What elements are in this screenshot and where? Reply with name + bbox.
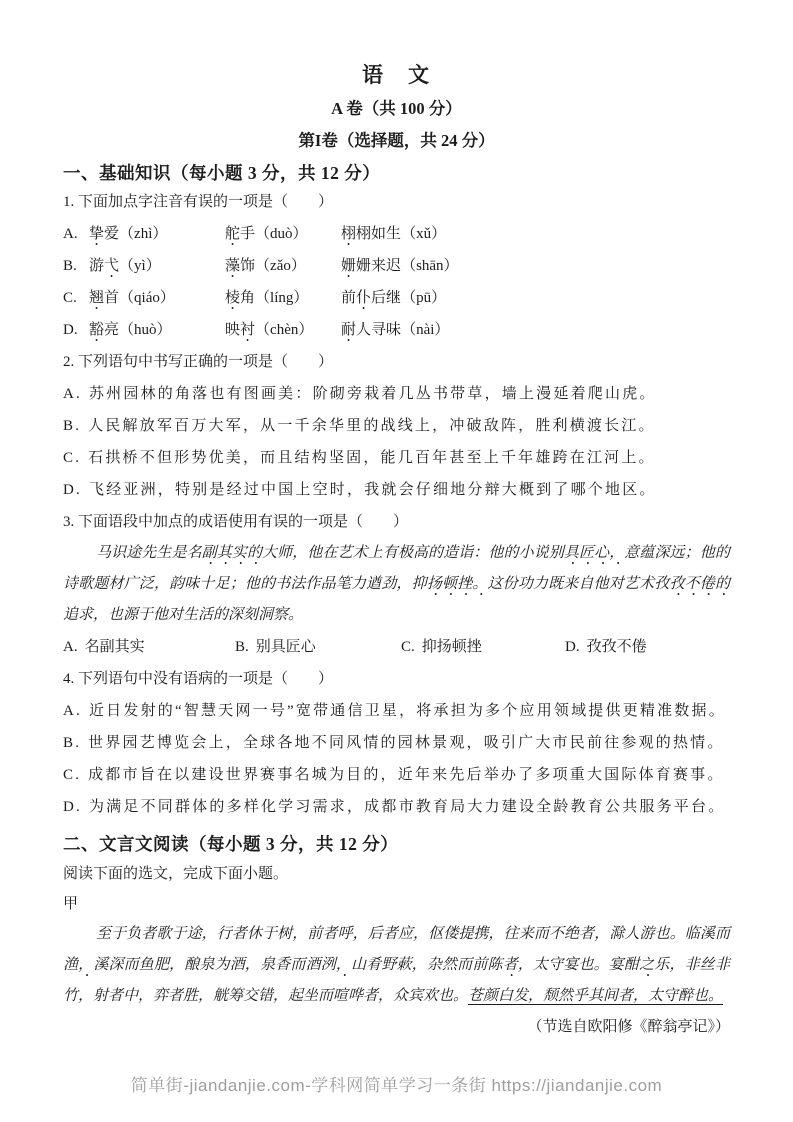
question-1: 1. 下面加点字注音有误的一项是（ ） A. 挚爱（zhì） 舵手（duò） 栩… [63,186,730,346]
option-label: A. [63,218,85,250]
option-row: D.飞经亚洲，特别是经过中国上空时，我就会仔细地分辩大概到了哪个地区。 [63,474,730,506]
option-row: C. 翘首（qiáo） 棱角（líng） 前仆后继（pū） [63,282,730,314]
page-title: 语 文 [63,62,730,88]
option-label: D. [63,799,82,815]
reading-intro: 阅读下面的选文，完成下面小题。 [63,859,730,889]
option-cell: D.孜孜不倦 [565,631,730,663]
option-row: A. 挚爱（zhì） 舵手（duò） 栩栩如生（xǔ） [63,218,730,250]
classical-reading: 阅读下面的选文，完成下面小题。 甲 至于负者歌于途，行者休于树，前者呼，后者应，… [63,859,730,1042]
option-label: A. [63,703,82,719]
option-term: 翘首（qiáo） [89,282,225,314]
option-text: 飞经亚洲，特别是经过中国上空时，我就会仔细地分辩大概到了哪个地区。 [89,482,657,498]
option-text: 孜孜不倦 [587,639,647,655]
part-heading: 第I卷（选择题，共 24 分） [63,130,730,152]
question-3: 3. 下面语段中加点的成语使用有误的一项是（ ） 马识途先生是名副其实的大师，他… [63,506,730,663]
section-classical-heading: 二、文言文阅读（每小题 3 分，共 12 分） [63,831,730,857]
option-label: B. [63,735,81,751]
question-4-stem: 4. 下列语句中没有语病的一项是（ ） [63,663,730,695]
option-label: C. [63,767,81,783]
option-label: B. [63,418,81,434]
option-text: 世界园艺博览会上，全球各地不同风情的园林景观，吸引广大市民前往参观的热情。 [88,735,724,751]
section-basics-heading: 一、基础知识（每小题 3 分，共 12 分） [63,160,730,186]
option-text: 别具匠心 [256,639,316,655]
question-3-stem: 3. 下面语段中加点的成语使用有误的一项是（ ） [63,506,730,538]
option-label: C. [401,639,415,655]
option-row: C.成都市旨在以建设世界赛事名城为目的，近年来先后举办了多项重大国际体育赛事。 [63,759,730,791]
option-text: 人民解放军百万大军，从一千余华里的战线上，冲破敌阵，胜利横渡长江。 [88,418,656,434]
option-row: B.世界园艺博览会上，全球各地不同风情的园林景观，吸引广大市民前往参观的热情。 [63,727,730,759]
option-cell: A.名副其实 [63,631,235,663]
option-row: B. 游弋（yì） 藻饰（zǎo） 姗姗来迟（shān） [63,250,730,282]
option-row: D.为满足不同群体的多样化学习需求，成都市教育局大力建设全龄教育公共服务平台。 [63,791,730,823]
idiom-passage: 马识途先生是名副其实的大师，他在艺术上有极高的造诣：他的小说别具匠心，意蕴深远；… [63,538,730,631]
option-row: A.苏州园林的角落也有图画美：阶砌旁栽着几丛书带草，墙上漫延着爬山虎。 [63,378,730,410]
option-term: 舵手（duò） [225,218,341,250]
option-text: 苏州园林的角落也有图画美：阶砌旁栽着几丛书带草，墙上漫延着爬山虎。 [89,386,657,402]
option-label: A. [63,386,82,402]
option-text: 抑扬顿挫 [422,639,482,655]
option-label: C. [63,282,85,314]
classical-passage: 至于负者歌于途，行者休于树，前者呼，后者应，伛偻提携，往来而不绝者，滁人游也。临… [63,919,730,1012]
exam-page: 语 文 A 卷（共 100 分） 第I卷（选择题，共 24 分） 一、基础知识（… [0,0,793,1122]
option-term: 豁亮（huò） [89,314,225,346]
option-label: D. [63,482,82,498]
option-label: A. [63,639,78,655]
option-text: 成都市旨在以建设世界赛事名城为目的，近年来先后举办了多项重大国际体育赛事。 [88,767,724,783]
option-term: 耐人寻味（nài） [341,314,730,346]
option-label: D. [63,314,85,346]
option-row: C.石拱桥不但形势优美，而且结构坚固，能几百年甚至上千年雄跨在江河上。 [63,442,730,474]
option-term: 藻饰（zǎo） [225,250,341,282]
question-4: 4. 下列语句中没有语病的一项是（ ） A.近日发射的“智慧天网一号”宽带通信卫… [63,663,730,823]
option-row: D. 豁亮（huò） 映衬（chèn） 耐人寻味（nài） [63,314,730,346]
option-text: 近日发射的“智慧天网一号”宽带通信卫星，将承担为多个应用领域提供更精准数据。 [89,703,726,719]
option-term: 棱角（líng） [225,282,341,314]
volume-heading: A 卷（共 100 分） [63,98,730,120]
question-2: 2. 下列语句中书写正确的一项是（ ） A.苏州园林的角落也有图画美：阶砌旁栽着… [63,346,730,506]
passage-marker: 甲 [63,889,730,919]
option-term: 游弋（yì） [89,250,225,282]
option-row: A.近日发射的“智慧天网一号”宽带通信卫星，将承担为多个应用领域提供更精准数据。 [63,695,730,727]
option-text: 名副其实 [85,639,145,655]
option-term: 挚爱（zhì） [89,218,225,250]
option-row: B.人民解放军百万大军，从一千余华里的战线上，冲破敌阵，胜利横渡长江。 [63,410,730,442]
option-label: D. [565,639,580,655]
passage-attribution: （节选自欧阳修《醉翁亭记》） [63,1012,730,1042]
option-cell: C.抑扬顿挫 [401,631,565,663]
option-label: B. [63,250,85,282]
option-row: A.名副其实 B.别具匠心 C.抑扬顿挫 D.孜孜不倦 [63,631,730,663]
option-cell: B.别具匠心 [235,631,401,663]
option-term: 栩栩如生（xǔ） [341,218,730,250]
question-2-stem: 2. 下列语句中书写正确的一项是（ ） [63,346,730,378]
option-term: 映衬（chèn） [225,314,341,346]
option-label: B. [235,639,249,655]
option-text: 石拱桥不但形势优美，而且结构坚固，能几百年甚至上千年雄跨在江河上。 [88,450,656,466]
question-1-stem: 1. 下面加点字注音有误的一项是（ ） [63,186,730,218]
option-text: 为满足不同群体的多样化学习需求，成都市教育局大力建设全龄教育公共服务平台。 [89,799,725,815]
option-term: 姗姗来迟（shān） [341,250,730,282]
option-term: 前仆后继（pū） [341,282,730,314]
option-label: C. [63,450,81,466]
site-watermark: 简单街-jiandanjie.com-学科网简单学习一条街 https://ji… [0,1071,793,1096]
